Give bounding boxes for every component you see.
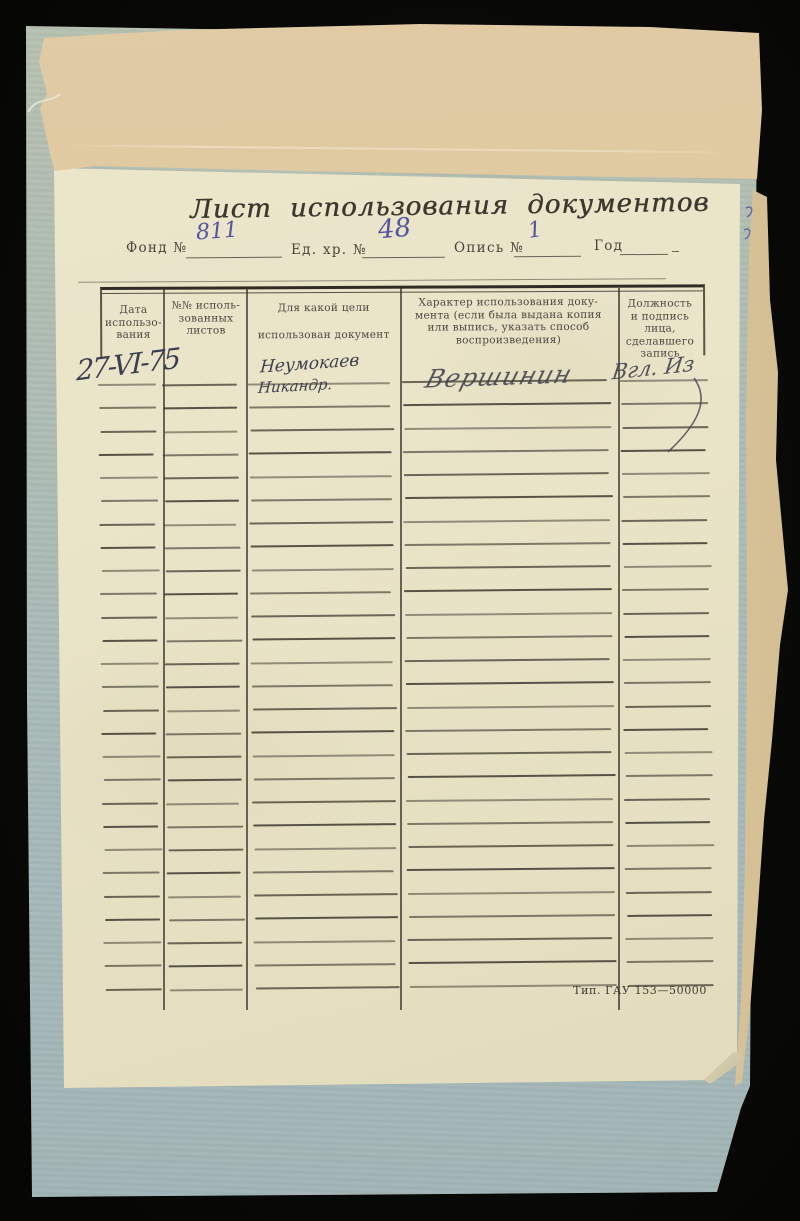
ruled-line (162, 384, 237, 387)
ruled-line (404, 426, 611, 430)
ruled-line (249, 521, 393, 524)
ruled-line (101, 546, 156, 549)
ruled-line (407, 821, 613, 825)
ruled-line (253, 940, 395, 943)
ruled-line (166, 640, 242, 643)
ruled-line (101, 500, 158, 503)
ruled-line (168, 895, 241, 898)
ruled-line (407, 705, 614, 709)
ruled-line (104, 779, 161, 782)
ruled-line (167, 756, 242, 759)
ruled-line (251, 545, 394, 548)
ruled-line (167, 872, 241, 875)
scanned-archive-page: Лист использования документов Фонд № 811… (0, 0, 800, 1221)
ruled-line (103, 755, 161, 758)
ruled-line (403, 402, 611, 406)
entry-usage-signature: Вершинин (422, 359, 576, 393)
ruled-line (253, 754, 395, 757)
ruled-line (101, 616, 157, 619)
ruled-line (249, 405, 390, 408)
ruled-line (100, 593, 157, 596)
ruled-line (250, 475, 392, 478)
ruled-line (408, 774, 616, 778)
ruled-line (405, 728, 611, 732)
signature-flourish (638, 372, 708, 457)
ruled-line (167, 942, 242, 945)
ruled-line (627, 914, 712, 917)
ruled-rows (97, 378, 715, 1016)
ruled-line (251, 731, 394, 734)
ruled-line (102, 639, 157, 642)
ruled-line (104, 848, 162, 851)
fond-number-handwritten: 811 (195, 218, 239, 246)
ruled-line (403, 519, 610, 523)
ruled-line (163, 407, 237, 410)
ruled-line (166, 570, 241, 573)
ruled-line (621, 519, 707, 522)
ruled-line (253, 824, 396, 827)
ruled-line (255, 963, 396, 966)
column-header-position-signature: Должность и подпись лица, сделавшего зап… (617, 287, 704, 355)
ruled-line (169, 919, 245, 922)
ruled-line (251, 498, 392, 501)
ruled-line (165, 733, 241, 736)
ruled-line (101, 662, 159, 665)
ink-mark (740, 202, 760, 248)
ruled-line (249, 452, 392, 455)
ruled-line (409, 914, 615, 918)
field-label-opis: Опись № (454, 240, 524, 256)
ruled-line (106, 988, 162, 991)
ruled-line (404, 472, 609, 476)
ruled-line (405, 542, 611, 546)
ruled-line (251, 661, 393, 664)
ruled-line (253, 870, 394, 873)
ruled-line (100, 430, 156, 433)
ruled-line (404, 588, 612, 592)
ruled-line (168, 779, 242, 782)
ruled-line (165, 663, 240, 666)
ruled-line (624, 682, 711, 685)
ruled-line (103, 941, 161, 944)
ruled-line (102, 802, 158, 805)
ruled-line (405, 612, 612, 616)
ruled-line (625, 751, 713, 754)
ruled-line (623, 612, 709, 615)
ruled-line (623, 496, 710, 499)
field-label-fond: Фонд № (126, 240, 188, 256)
ruled-line (256, 986, 400, 989)
ruled-line (102, 569, 160, 572)
ruled-line (623, 542, 708, 545)
ruled-line (254, 847, 396, 850)
ruled-line (98, 383, 156, 386)
ruled-line (254, 777, 395, 780)
ruled-line (623, 728, 708, 731)
ruled-line (168, 849, 243, 852)
ruled-line (99, 407, 156, 410)
ruled-line (165, 500, 239, 503)
ruled-line (624, 798, 710, 801)
ruled-line (406, 635, 612, 639)
ruled-line (624, 565, 712, 568)
ruled-line (622, 472, 710, 475)
ruled-line (627, 961, 714, 964)
ruled-line (163, 523, 236, 526)
ruled-line (164, 430, 237, 433)
ruled-line (99, 523, 155, 526)
ruled-line (103, 709, 159, 712)
ruled-line (626, 775, 713, 778)
ruled-line (104, 895, 160, 898)
ruled-line (252, 568, 394, 571)
ruled-line (105, 918, 160, 921)
ruled-line (624, 635, 709, 638)
ruled-line (250, 591, 391, 594)
column-header-usage-character: Характер использования доку- мента (если… (400, 288, 617, 357)
ruled-line (100, 476, 158, 479)
ruled-line (101, 732, 156, 735)
table-header: Дата использо- вания №№ исполь- зованных… (100, 284, 705, 358)
thread-fragment (26, 90, 66, 120)
ruled-line (103, 825, 158, 828)
ruled-line (405, 658, 610, 662)
ruled-line (408, 891, 615, 895)
ruled-line (167, 709, 240, 712)
typography-imprint: Тип. ГАУ 153—50000 (545, 984, 707, 997)
ruled-line (406, 681, 614, 685)
ruled-line (405, 495, 613, 499)
ruled-line (406, 565, 611, 569)
ruled-line (625, 821, 710, 824)
ruled-line (625, 705, 711, 708)
ruled-line (250, 428, 394, 431)
ruled-line (408, 844, 613, 848)
ruled-line (166, 802, 239, 805)
ruled-line (164, 477, 239, 480)
ruled-line (252, 638, 395, 641)
ruled-line (407, 937, 612, 941)
ruled-line (251, 614, 395, 617)
column-header-purpose: Для какой цели использован документ (247, 289, 400, 358)
ruled-line (625, 868, 712, 871)
field-label-god: Год (594, 238, 623, 254)
ruled-line (253, 707, 397, 710)
ruled-line (407, 751, 612, 755)
ruled-line (103, 872, 160, 875)
field-underline (672, 251, 679, 252)
ruled-line (622, 589, 709, 592)
ruled-line (409, 960, 617, 964)
ruled-line (105, 965, 162, 968)
ruled-line (99, 453, 154, 456)
field-label-ed-khr: Ед. хр. № (291, 242, 367, 258)
ed-khr-number-handwritten: 48 (377, 213, 413, 246)
ruled-line (102, 686, 159, 689)
ruled-line (165, 547, 241, 550)
ruled-line (164, 593, 238, 596)
ruled-line (407, 867, 615, 871)
ruled-line (167, 826, 243, 829)
ruled-line (252, 800, 396, 803)
ruled-line (623, 658, 711, 661)
ruled-line (406, 798, 613, 802)
ruled-line (403, 449, 609, 453)
ruled-line (163, 454, 239, 457)
ruled-line (255, 916, 398, 919)
ruled-line (252, 684, 393, 687)
ruled-line (254, 893, 398, 896)
ruled-line (165, 616, 238, 619)
ruled-line (169, 965, 243, 968)
ruled-line (166, 686, 240, 689)
ruled-line (625, 937, 713, 940)
ruled-line (626, 891, 712, 894)
ruled-line (170, 988, 243, 991)
ruled-line (626, 844, 714, 847)
